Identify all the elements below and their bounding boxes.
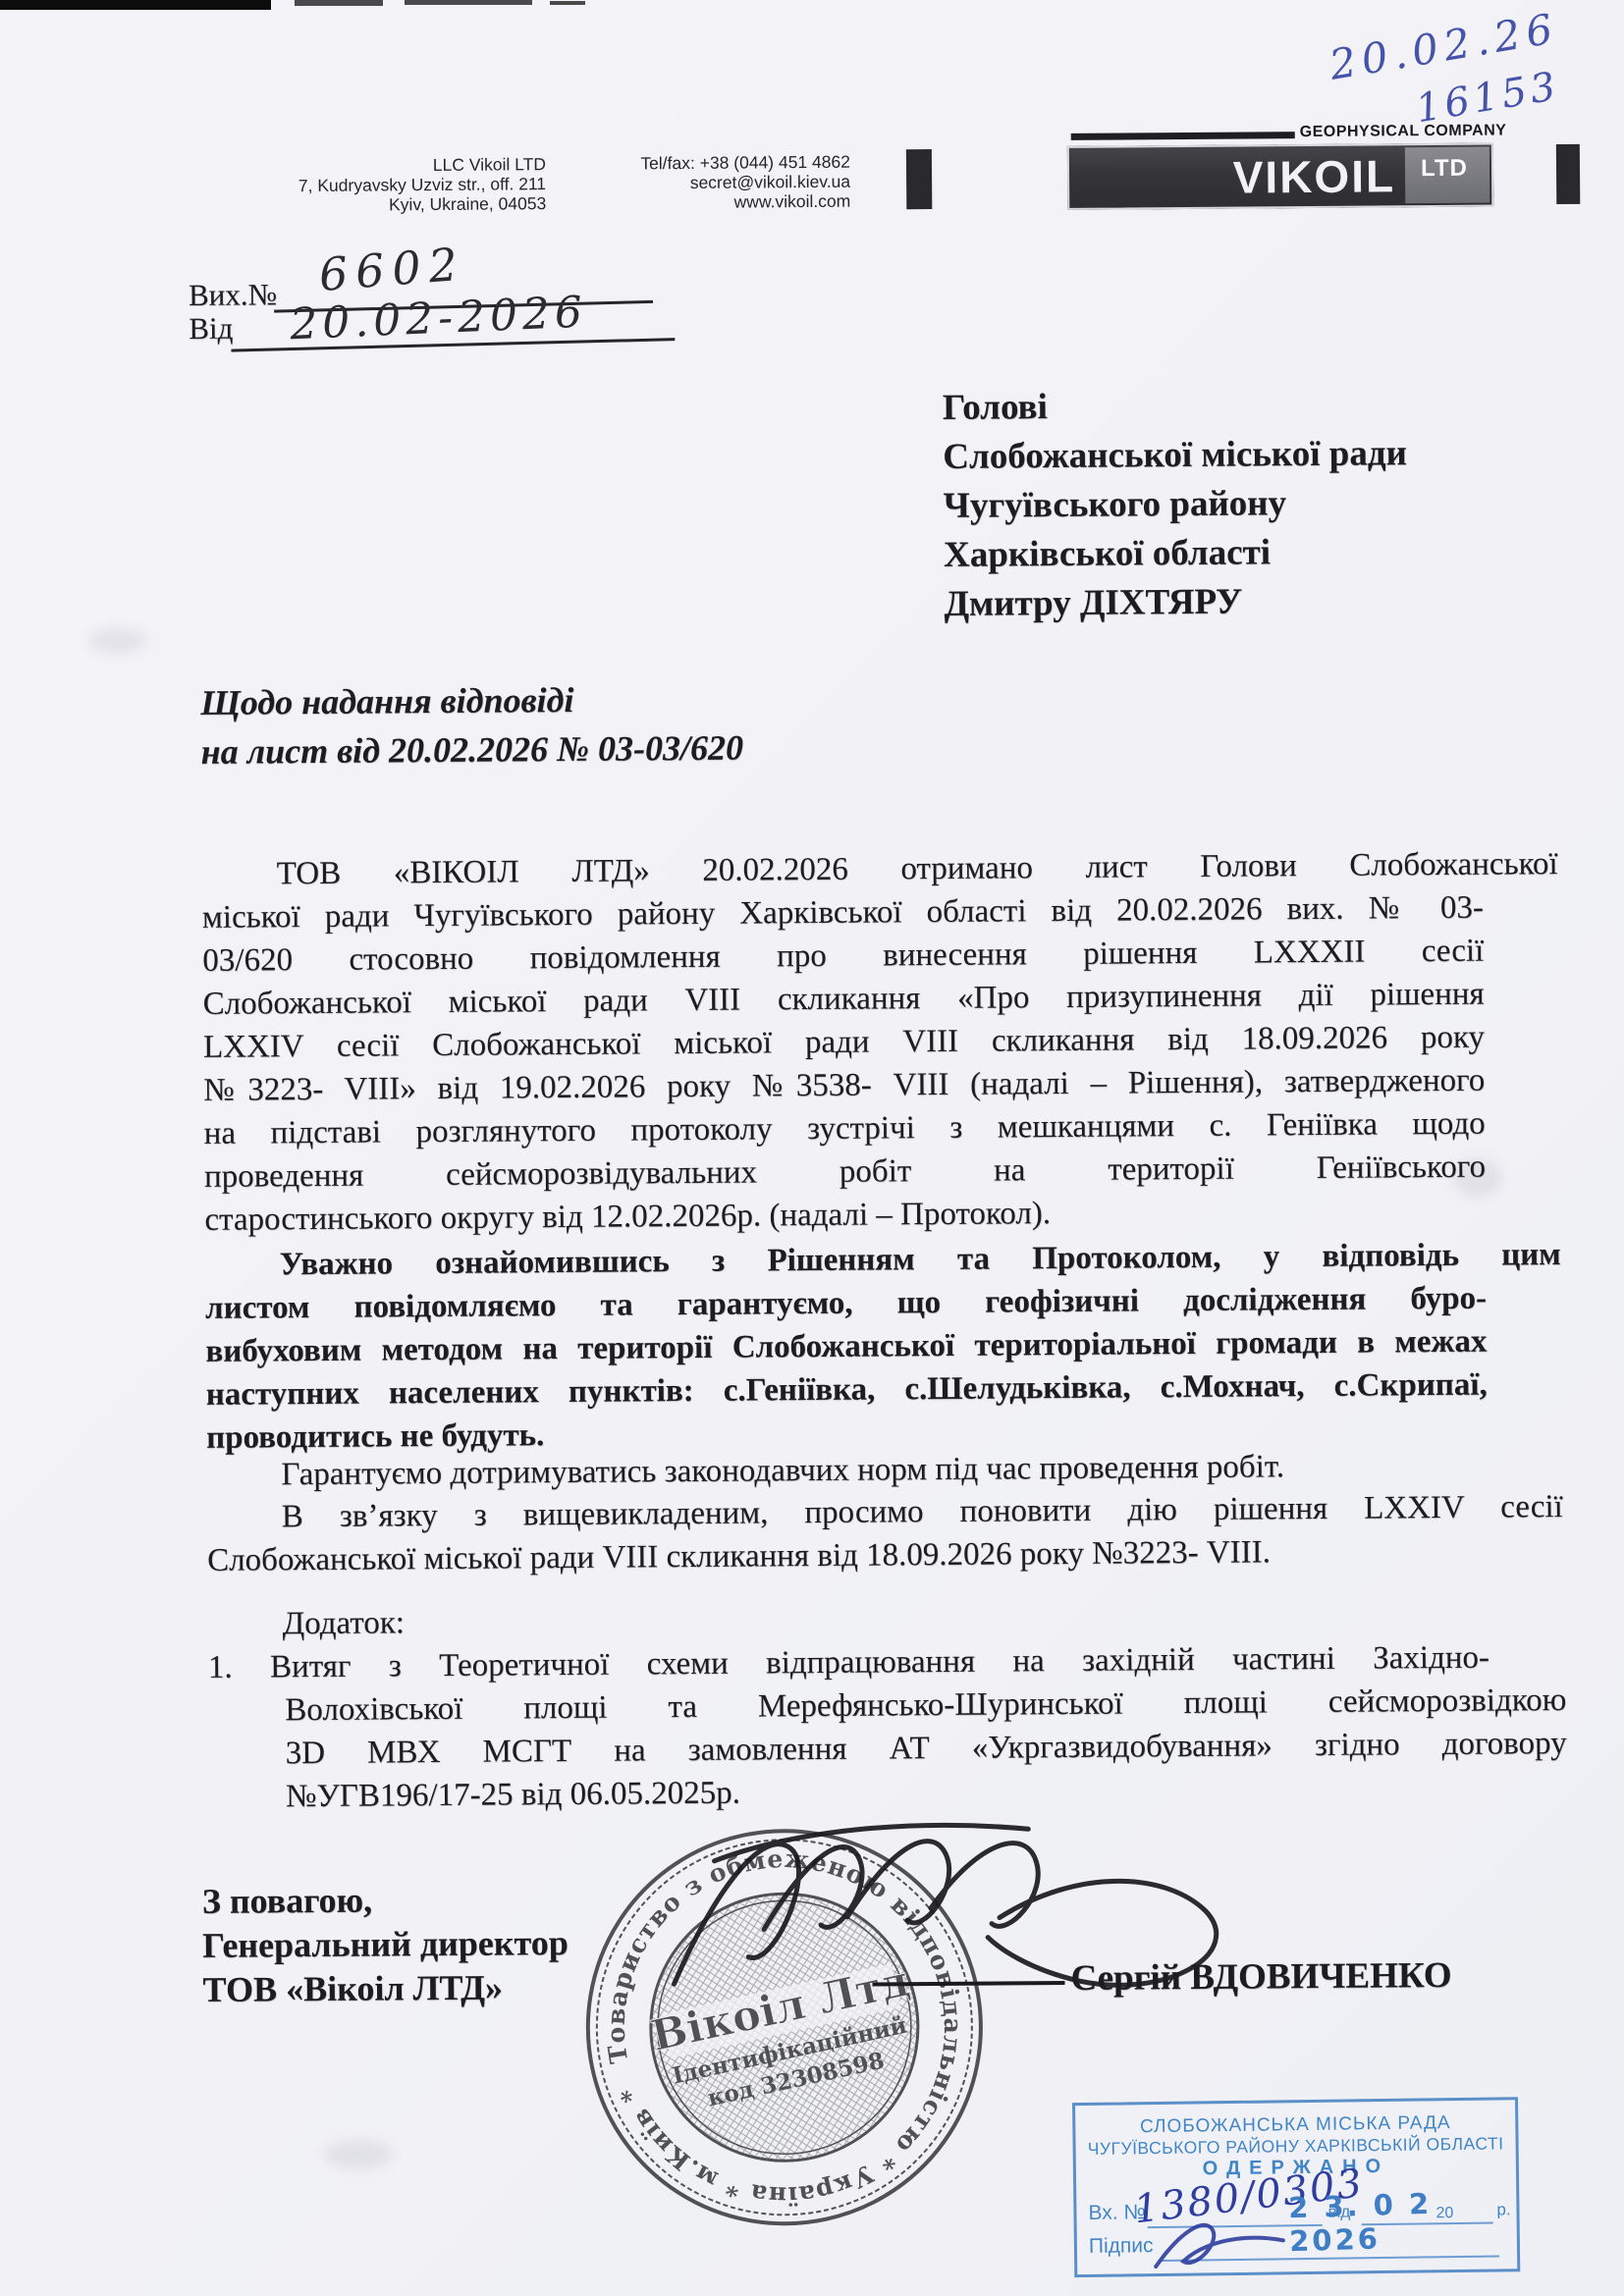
- logo-tagline: GEOPHYSICAL COMPANY: [1300, 122, 1507, 141]
- outgoing-number-value: 6602: [317, 238, 467, 301]
- letterhead-right-bar: [1556, 144, 1580, 204]
- company-phone: Tel/fax: +38 (044) 451 4862: [593, 152, 850, 174]
- recipient-block: Голові Слобожанської міської ради Чугуїв…: [943, 380, 1408, 629]
- body-line: Слобожанської міської ради VIII скликанн…: [207, 1531, 1489, 1584]
- attachment-block: Додаток: 1. Витяг з Теоретичної схеми ві…: [207, 1594, 1567, 1821]
- logo-brand-text: VIKOIL: [1233, 149, 1396, 203]
- letter-sheet: 20.02.26 16153 LLC Vikoil LTD 7, Kudryav…: [0, 0, 1624, 2296]
- subject-line: Щодо надання відповіді: [200, 674, 743, 727]
- recipient-line: Харківської області: [944, 527, 1408, 580]
- letterhead-address: LLC Vikoil LTD 7, Kudryavsky Uzviz str.,…: [190, 154, 546, 216]
- receipt-stamp: СЛОБОЖАНСЬКА МІСЬКА РАДА ЧУГУЇВСЬКОГО РА…: [1072, 2097, 1520, 2277]
- body-paragraph-2: Уважно ознайомившись з Рішенням та Прото…: [205, 1235, 1563, 1462]
- closing-line: З повагою,: [202, 1877, 568, 1924]
- body-paragraph-4: В зв’язку з вищевикладеним, просимо поно…: [207, 1487, 1564, 1584]
- subject-block: Щодо надання відповіді на лист від 20.02…: [200, 674, 743, 776]
- clerk-signature: [1135, 2211, 1313, 2273]
- signer-name: Сергій ВДОВИЧЕНКО: [1070, 1954, 1451, 2000]
- attachment-item-number: 1.: [208, 1650, 233, 1685]
- signer-company-line: ТОВ «Вікоіл ЛТД»: [202, 1965, 568, 2012]
- recipient-line: Голові: [943, 380, 1407, 433]
- recipient-line: Чугуївського району: [944, 478, 1408, 531]
- company-website: www.vikoil.com: [593, 191, 850, 213]
- letterhead-left-bar: [906, 149, 932, 209]
- company-city: Kyiv, Ukraine, 04053: [190, 193, 546, 216]
- body-paragraph-1: ТОВ «ВІКОІЛ ЛТД» 20.02.2026 отримано лис…: [201, 844, 1560, 1244]
- logo-rule: [1071, 132, 1295, 140]
- company-name: LLC Vikoil LTD: [190, 154, 546, 177]
- signer-title-line: Генеральний директор: [202, 1921, 568, 1968]
- logo-ltd-text: LTD: [1421, 155, 1468, 183]
- vikoil-logo: VIKOIL LTD: [1067, 143, 1493, 210]
- closing-block: З повагою, Генеральний директор ТОВ «Вік…: [202, 1877, 569, 2012]
- scanned-letter-page: 20.02.26 16153 LLC Vikoil LTD 7, Kudryav…: [0, 0, 1624, 2296]
- letterhead-contacts: Tel/fax: +38 (044) 451 4862 secret@vikoi…: [593, 152, 850, 213]
- receipt-date-value: 2 3. 0 2 2026: [1288, 2184, 1518, 2258]
- letter-date-label: Від: [189, 311, 233, 347]
- outgoing-number-label: Вих.№: [189, 277, 277, 313]
- body-line: старостинського округу від 12.02.2026р. …: [204, 1191, 1486, 1244]
- subject-line: на лист від 20.02.2026 № 03-03/620: [200, 723, 743, 776]
- company-street: 7, Kudryavsky Uzviz str., off. 211: [190, 174, 546, 196]
- recipient-line: Дмитру ДІХТЯРУ: [944, 576, 1408, 629]
- recipient-line: Слобожанської міської ради: [943, 429, 1407, 482]
- logo-ltd-box: LTD: [1405, 147, 1489, 204]
- company-email: secret@vikoil.kiev.ua: [593, 172, 850, 193]
- attachment-item-text: Витяг з Теоретичної схеми відпрацювання …: [270, 1640, 1489, 1685]
